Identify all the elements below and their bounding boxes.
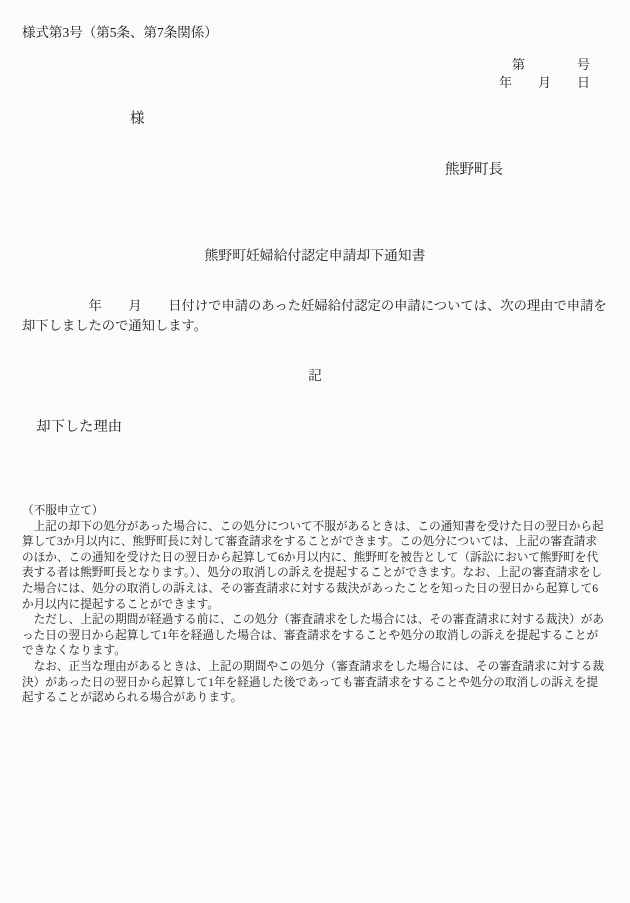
document-page: 様式第3号（第5条、第7条関係） 第 号 年 月 日 様 熊野町長 熊野町妊婦給… bbox=[0, 0, 630, 903]
addressee-honorific: 様 bbox=[130, 111, 145, 128]
rejection-reason-label: 却下した理由 bbox=[22, 419, 122, 436]
date-blank: 年 月 日 bbox=[499, 75, 590, 91]
appeal-notice: （不服申立て） 上記の却下の処分があった場合に、この処分について不服があるときは… bbox=[22, 503, 622, 706]
document-number-blank: 第 号 bbox=[512, 57, 590, 73]
document-title: 熊野町妊婦給付認定申請却下通知書 bbox=[0, 248, 630, 265]
record-marker: 記 bbox=[0, 368, 630, 385]
form-number: 様式第3号（第5条、第7条関係） bbox=[22, 25, 218, 41]
sender-title: 熊野町長 bbox=[445, 162, 503, 179]
main-paragraph: 年 月 日付けで申請のあった妊婦給付認定の申請については、次の理由で申請を 却下… bbox=[22, 296, 618, 335]
